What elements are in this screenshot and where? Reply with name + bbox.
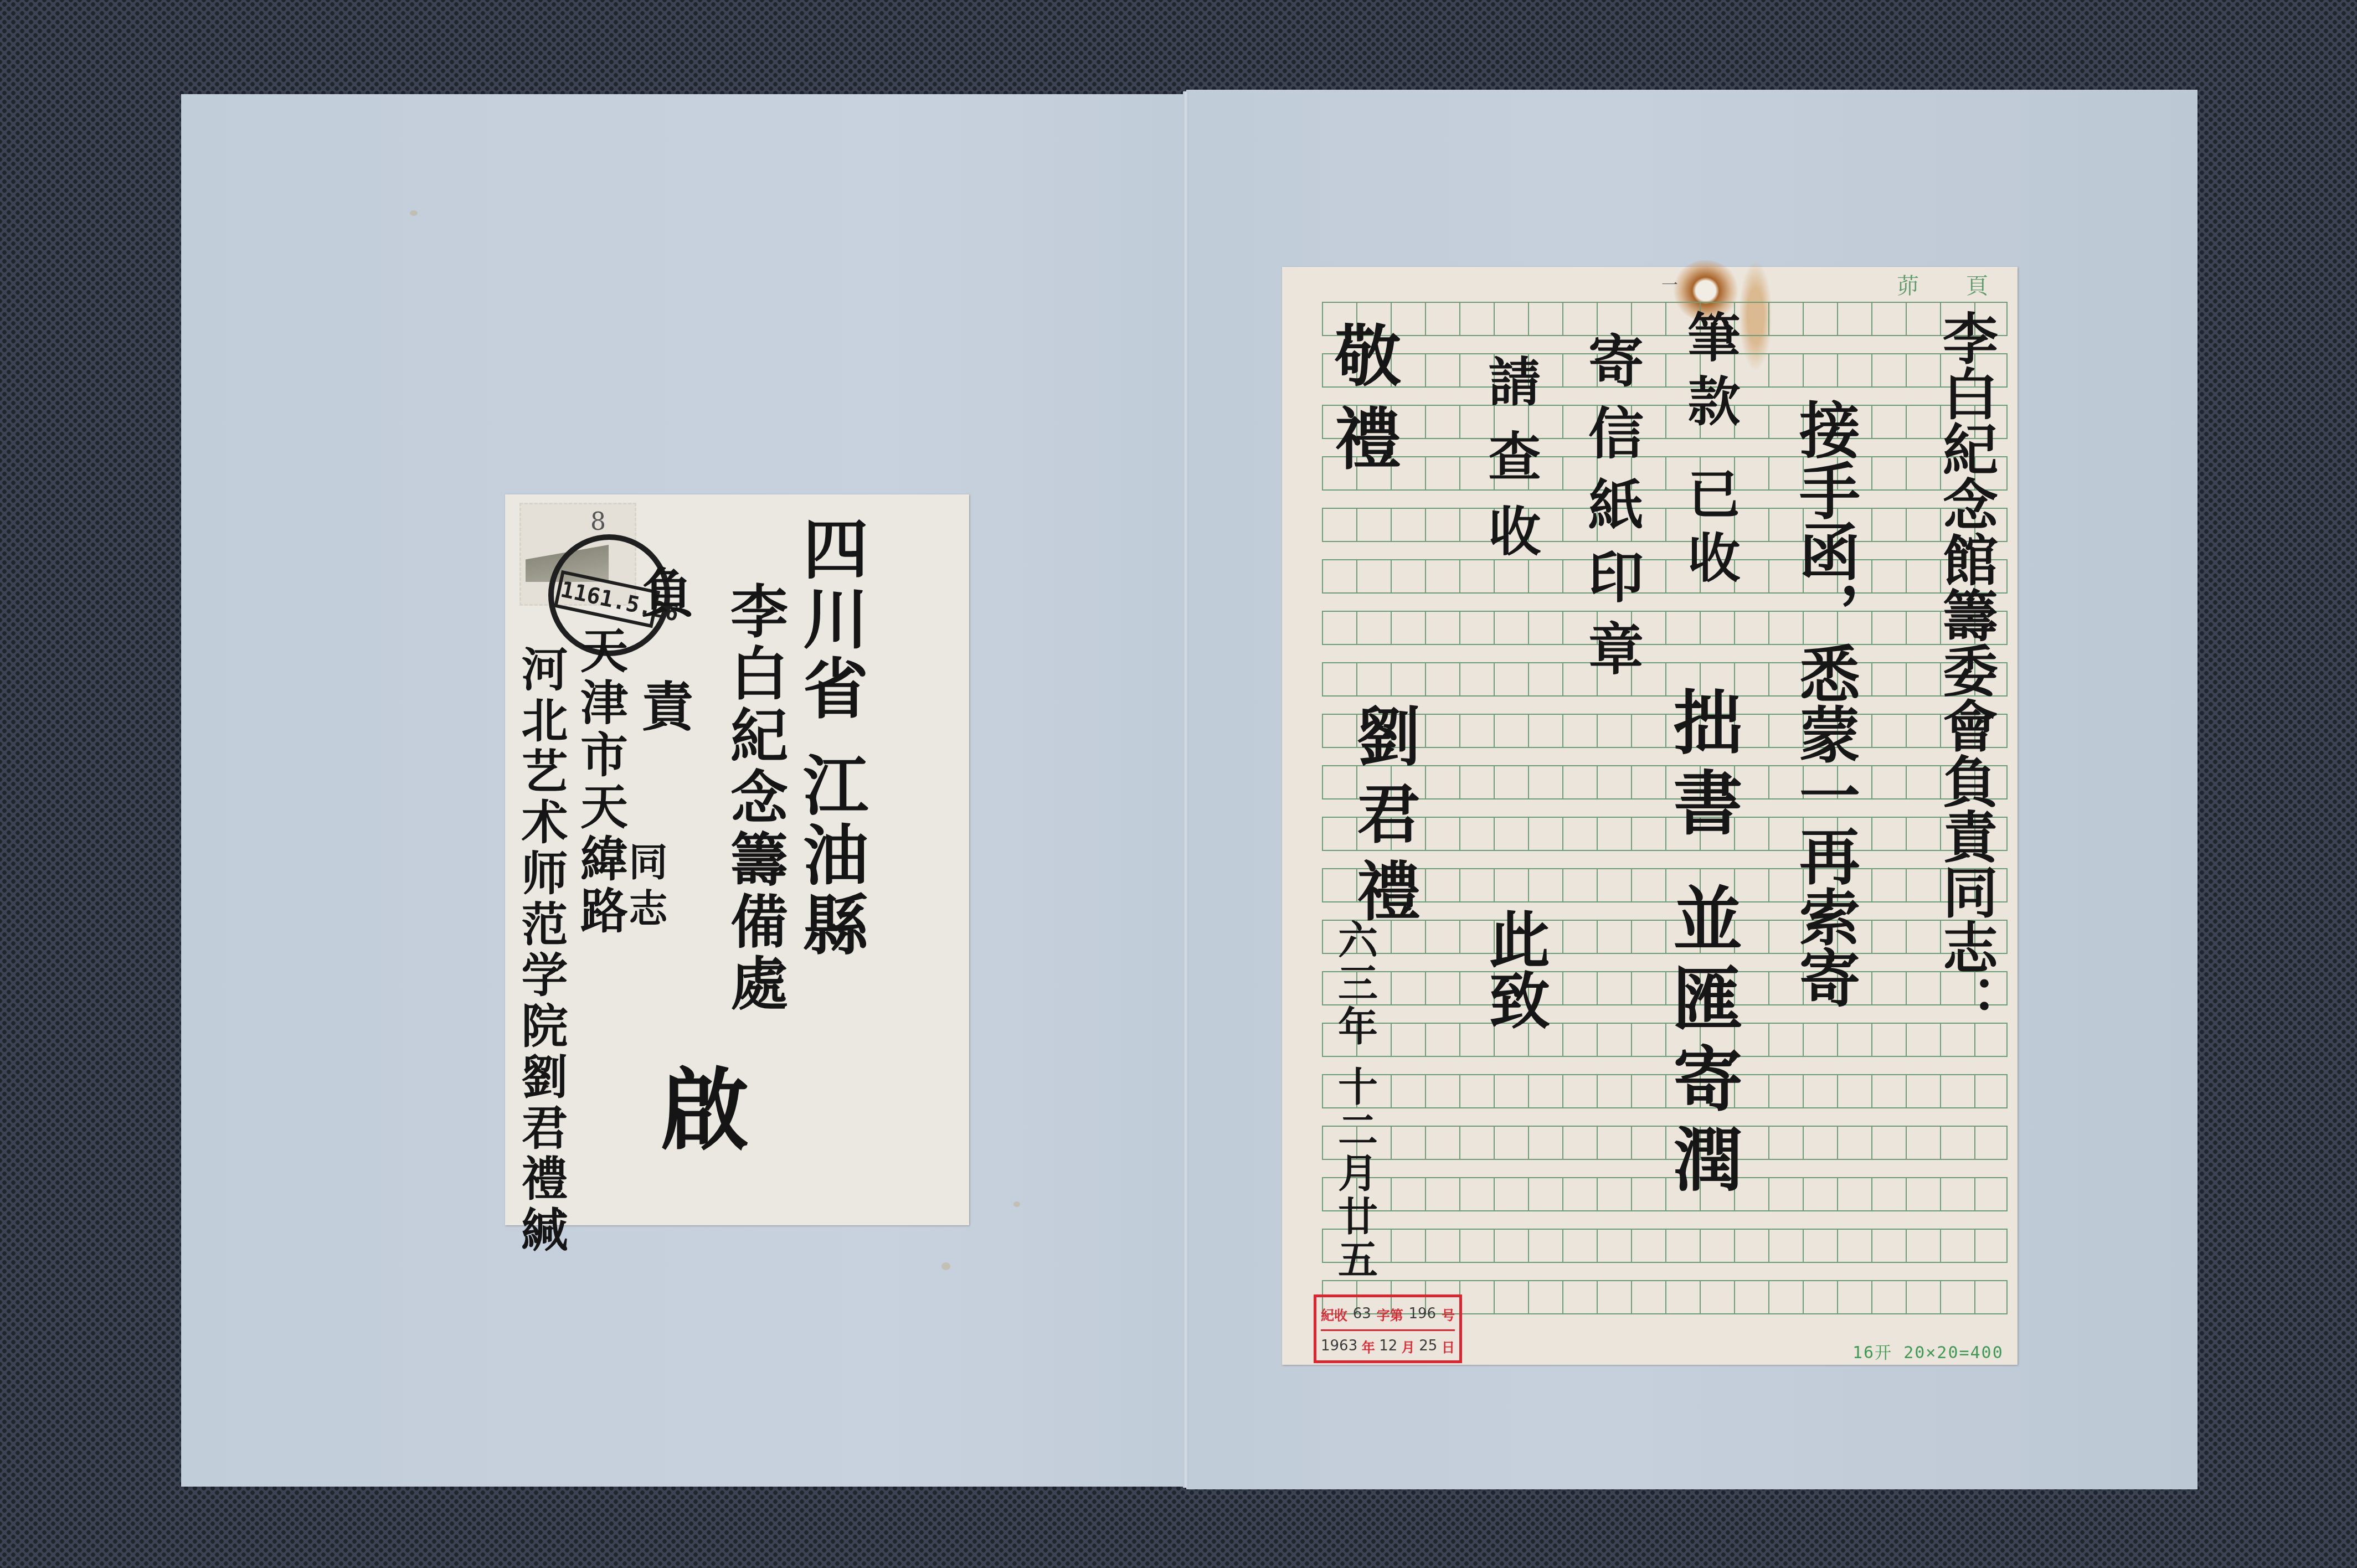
folder-spine bbox=[1183, 91, 1188, 1488]
letter-column-8: 敬禮 bbox=[1329, 321, 1396, 487]
foxing-spot bbox=[410, 210, 418, 216]
reg-year-label: 年 bbox=[1362, 1337, 1375, 1356]
reg-number: 196 bbox=[1409, 1306, 1437, 1322]
reg-month: 12 bbox=[1379, 1338, 1397, 1354]
page-label: 頁 bbox=[1966, 269, 1988, 300]
header-line-mark: 一 bbox=[1661, 271, 1678, 296]
reg-label-suffix: 号 bbox=[1442, 1304, 1455, 1324]
recipient-organization: 李白紀念籌備處 bbox=[725, 581, 783, 1015]
foxing-spot bbox=[1013, 1201, 1020, 1207]
registration-stamp: 紀收 63 字第 196 号 1963 年 12 月 25 日 bbox=[1314, 1294, 1462, 1363]
recipient-honorific: 負責 bbox=[637, 565, 690, 793]
letter-column-3: 拙書 並匯寄潤 bbox=[1667, 687, 1736, 1204]
letter-column-5: 寄信紙印章 bbox=[1584, 332, 1639, 692]
reg-month-label: 月 bbox=[1402, 1337, 1415, 1356]
recipient-title: 同志 bbox=[626, 842, 665, 935]
sender-city: 天津市天緯路 bbox=[576, 626, 624, 938]
page-number-prefix: 茆 bbox=[1897, 269, 1919, 300]
sender-name: 河北艺术师范学院劉君禮緘 bbox=[518, 645, 564, 1256]
letter-date: 六三年 十二月廿五 bbox=[1335, 919, 1375, 1282]
paper-format-footer: 16开 20×20=400 bbox=[1852, 1339, 2004, 1363]
letter-column-7: 此致 bbox=[1484, 908, 1545, 1030]
letter-column-1: 李白紀念館籌委會負責同志： bbox=[1938, 310, 1994, 1030]
reg-label-prefix: 紀收 bbox=[1321, 1304, 1347, 1324]
foxing-spot bbox=[941, 1262, 950, 1270]
reg-day-label: 日 bbox=[1442, 1337, 1455, 1356]
recipient-address: 四川省 江油縣 bbox=[797, 515, 863, 961]
reg-label-mid: 字第 bbox=[1377, 1304, 1403, 1324]
letter-signature: 劉君禮 bbox=[1351, 703, 1415, 936]
reg-year: 1963 bbox=[1321, 1338, 1357, 1354]
letter-column-6: 請查收 bbox=[1484, 354, 1537, 579]
reg-day: 25 bbox=[1419, 1338, 1437, 1354]
stamp-denomination: 8 bbox=[590, 508, 606, 536]
reg-year-code: 63 bbox=[1353, 1306, 1371, 1322]
letter-column-2: 接手函，悉蒙一再索寄 bbox=[1794, 399, 1855, 1008]
envelope-seal-char: 啟 bbox=[653, 1063, 742, 1156]
letter-column-4: 筆款 已收 bbox=[1684, 310, 1736, 594]
